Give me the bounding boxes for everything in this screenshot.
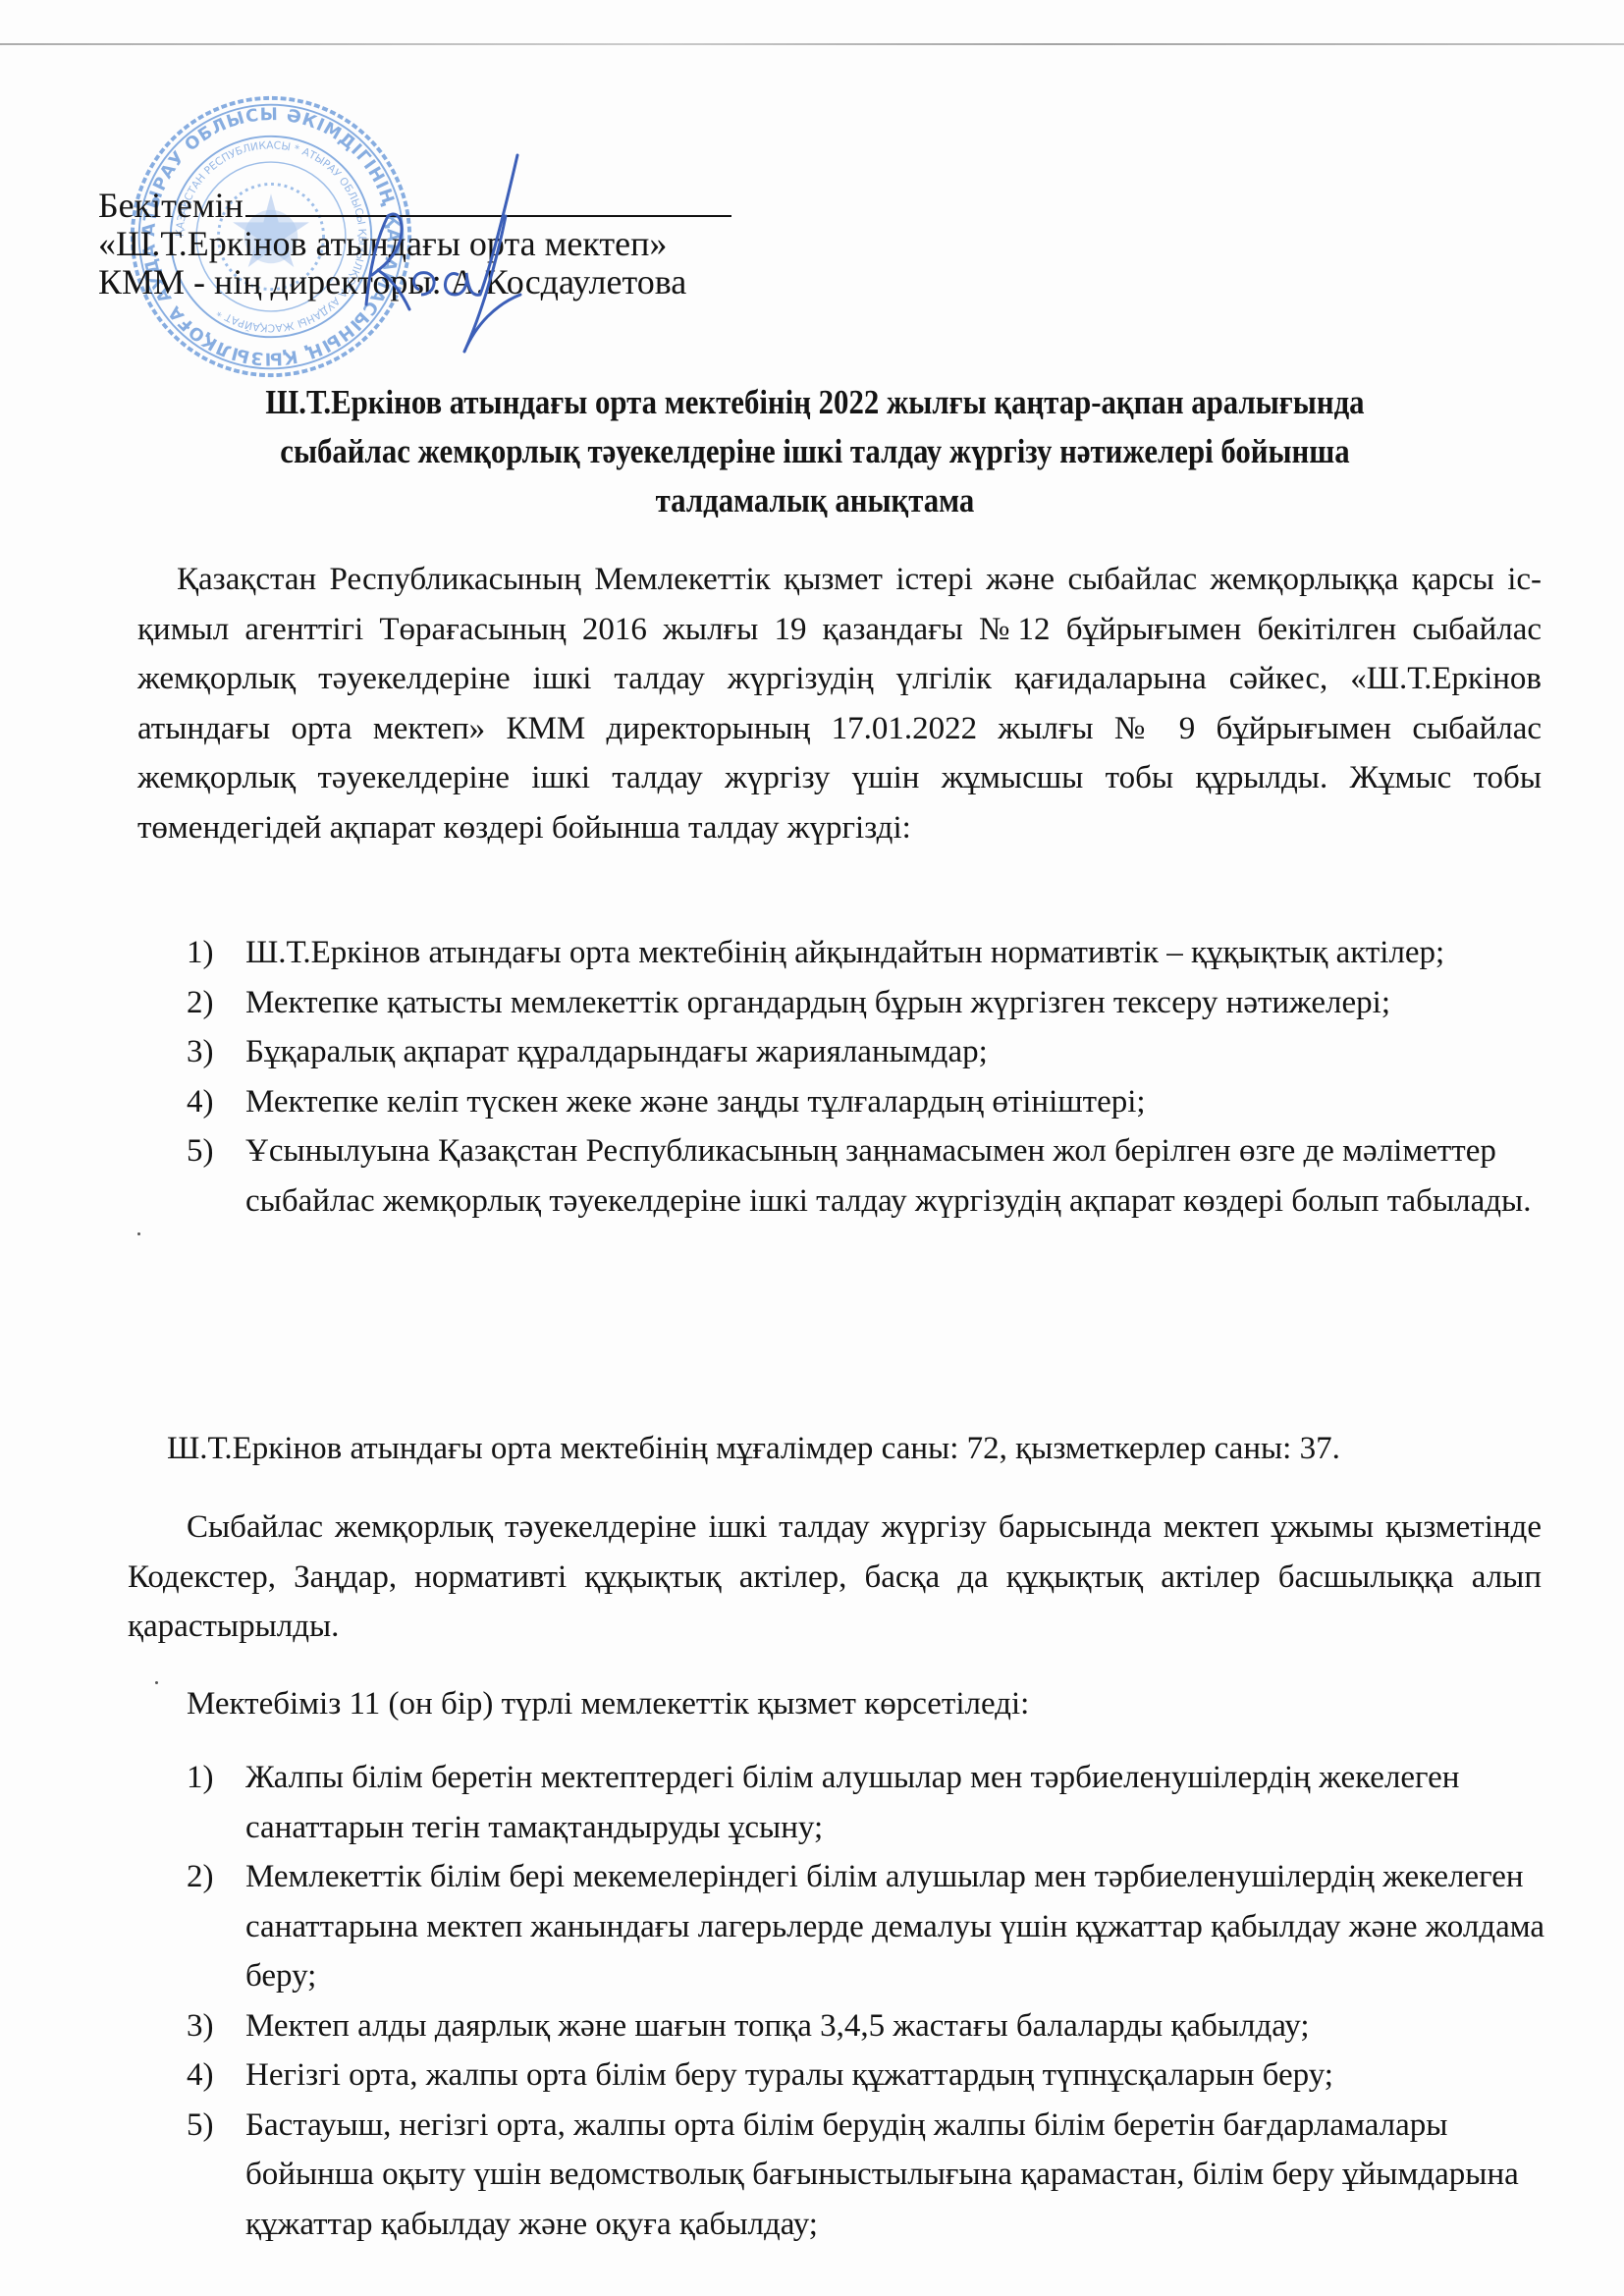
document-title: Ш.Т.Еркінов атындағы орта мектебінің 202… bbox=[185, 378, 1446, 525]
staff-section: Ш.Т.Еркінов атындағы орта мектебінің мұғ… bbox=[167, 1424, 1542, 1474]
services-list-item: 1)Жалпы білім беретін мектептердегі білі… bbox=[157, 1753, 1551, 1852]
staff-count-line: Ш.Т.Еркінов атындағы орта мектебінің мұғ… bbox=[167, 1424, 1542, 1474]
intro-section: Қазақстан Республикасының Мемлекеттік қы… bbox=[137, 555, 1542, 852]
signature-icon bbox=[349, 147, 535, 358]
title-line-2: сыбайлас жемқорлық тәуекелдеріне ішкі та… bbox=[185, 427, 1446, 476]
sources-list: 1)Ш.Т.Еркінов атындағы орта мектебінің а… bbox=[157, 928, 1532, 1226]
analysis-paragraph: Сыбайлас жемқорлық тәуекелдеріне ішкі та… bbox=[128, 1503, 1542, 1652]
services-intro: Мектебіміз 11 (он бір) түрлі мемлекеттік… bbox=[187, 1679, 1542, 1729]
sources-list-item: 5)Ұсынылуына Қазақстан Республикасының з… bbox=[157, 1126, 1532, 1226]
services-list-item: 3)Мектеп алды даярлық және шағын топқа 3… bbox=[157, 2001, 1551, 2051]
services-list-item: 2)Мемлекеттік білім бері мекемелеріндегі… bbox=[157, 1852, 1551, 2001]
intro-paragraph: Қазақстан Республикасының Мемлекеттік қы… bbox=[137, 555, 1542, 852]
sources-list-item: 2)Мектепке қатысты мемлекеттік органдард… bbox=[157, 978, 1532, 1028]
sources-list-item: 4)Мектепке келіп түскен жеке және заңды … bbox=[157, 1077, 1532, 1127]
services-list: 1)Жалпы білім беретін мектептердегі білі… bbox=[157, 1753, 1551, 2249]
scan-speck bbox=[137, 1232, 140, 1235]
sources-list-item: 3)Бұқаралық ақпарат құралдарындағы жария… bbox=[157, 1027, 1532, 1077]
analysis-section: Сыбайлас жемқорлық тәуекелдеріне ішкі та… bbox=[128, 1503, 1542, 1652]
approval-label: Бекітемін bbox=[98, 186, 244, 225]
services-list-item: 4)Негізгі орта, жалпы орта білім беру ту… bbox=[157, 2050, 1551, 2101]
services-intro-section: Мектебіміз 11 (он бір) түрлі мемлекеттік… bbox=[187, 1679, 1542, 1729]
services-list-item: 5)Бастауыш, негізгі орта, жалпы орта біл… bbox=[157, 2101, 1551, 2250]
title-line-3: талдамалық анықтама bbox=[185, 476, 1446, 525]
sources-list-item: 1)Ш.Т.Еркінов атындағы орта мектебінің а… bbox=[157, 928, 1532, 978]
sources-list-section: 1)Ш.Т.Еркінов атындағы орта мектебінің а… bbox=[157, 928, 1532, 1226]
scan-edge-line bbox=[0, 43, 1624, 45]
scan-speck bbox=[155, 1681, 158, 1684]
services-list-section: 1)Жалпы білім беретін мектептердегі білі… bbox=[157, 1753, 1551, 2249]
title-line-1: Ш.Т.Еркінов атындағы орта мектебінің 202… bbox=[185, 378, 1446, 427]
